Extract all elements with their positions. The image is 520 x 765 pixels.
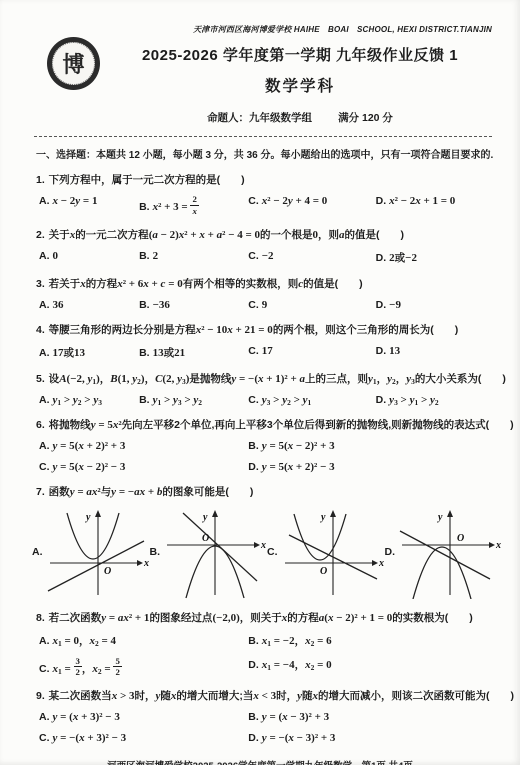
option-D: D.x1 = −4，x2 = 0 xyxy=(248,657,494,678)
question-7: 7. 函数y = ax²与y = −ax + b的图象可能是( )A.yxOB.… xyxy=(36,484,494,599)
option-label: D. xyxy=(248,461,259,473)
paper-total-score: 满分 120 分 xyxy=(338,112,393,124)
school-seal-inner: 博 xyxy=(52,42,95,85)
option-A: A.y = 5(x + 2)² + 3 xyxy=(39,440,248,452)
option-B: B.y1 > y3 > y2 xyxy=(139,394,248,406)
option-D: D.y3 > y1 > y2 xyxy=(376,394,494,406)
question-stem: 7. 函数y = ax²与y = −ax + b的图象可能是( ) xyxy=(36,484,494,499)
option-label: D. xyxy=(248,732,259,744)
option-C: C.17 xyxy=(248,345,375,360)
question-3: 3. 若关于x的方程x² + 6x + c = 0有两个相等的实数根，则c的值是… xyxy=(36,276,494,311)
x-axis-label: x xyxy=(495,540,501,551)
line-graph xyxy=(400,531,490,579)
option-label: D. xyxy=(376,345,387,357)
question-stem: 8. 若二次函数y = ax² + 1的图象经过点(−2,0)，则关于x的方程a… xyxy=(36,610,494,625)
option-B: B.y = 5(x − 2)² + 3 xyxy=(248,440,494,452)
option-C: C.x² − 2y + 4 = 0 xyxy=(248,195,375,216)
option-D: D.x² − 2x + 1 = 0 xyxy=(376,195,494,216)
options: A.y = (x + 3)² − 3B.y = (x − 3)² + 3C.y … xyxy=(39,711,494,744)
option-B: B.x1 = −2，x2 = 6 xyxy=(248,633,494,648)
question-stem: 4. 等腰三角形的两边长分别是方程x² − 10x + 21 = 0的两个根，则… xyxy=(36,322,494,337)
x-axis-arrow-icon xyxy=(254,542,260,548)
option-label: D. xyxy=(248,659,259,671)
function-graph: yxO xyxy=(279,505,385,599)
question-number: 4. xyxy=(36,324,45,336)
origin-label: O xyxy=(457,533,464,544)
option-label: A. xyxy=(39,394,50,406)
exam-paper-page: 天津市河西区海河博爱学校 HAIHE BOAI SCHOOL, HEXI DIS… xyxy=(0,0,520,765)
question-number: 3. xyxy=(36,278,45,290)
y-axis-label: y xyxy=(437,512,443,523)
question-number: 9. xyxy=(36,690,45,702)
y-axis-arrow-icon xyxy=(95,510,101,517)
paper-title: 2025-2026 学年度第一学期 九年级作业反馈 1 xyxy=(80,44,520,65)
paper-meta: 命题人：九年级数学组满分 120 分 xyxy=(80,110,520,125)
option-C: C.x1 = 32，x2 = 52 xyxy=(39,657,248,678)
question-2: 2. 关于x的一元二次方程(a − 2)x² + x + a² − 4 = 0的… xyxy=(36,227,494,265)
x-axis-arrow-icon xyxy=(489,542,495,548)
y-axis-label: y xyxy=(320,512,326,523)
option-label: D. xyxy=(376,195,387,207)
option-label: C. xyxy=(39,461,50,473)
options: A.y = 5(x + 2)² + 3B.y = 5(x − 2)² + 3C.… xyxy=(39,440,494,473)
school-seal-character: 博 xyxy=(62,48,84,79)
option-label: A. xyxy=(39,635,50,647)
option-label: C. xyxy=(248,299,259,311)
graph-option-label: B. xyxy=(150,546,161,558)
option-A: A.x1 = 0，x2 = 4 xyxy=(39,633,248,648)
option-label: B. xyxy=(248,440,259,452)
section-heading: 一、选择题：本题共 12 小题，每小题 3 分，共 36 分。每小题给出的选项中… xyxy=(36,146,492,161)
option-label: C. xyxy=(248,394,259,406)
option-A: A.0 xyxy=(39,250,139,265)
line-graph xyxy=(48,541,144,591)
graph-option-D: D.yxO xyxy=(385,505,503,599)
question-number: 2. xyxy=(36,229,45,241)
x-axis-arrow-icon xyxy=(137,560,143,566)
graph-option-label: A. xyxy=(32,546,43,558)
option-label: A. xyxy=(39,711,50,723)
paper-subject: 数学学科 xyxy=(80,74,520,96)
x-axis-arrow-icon xyxy=(372,560,378,566)
question-stem: 3. 若关于x的方程x² + 6x + c = 0有两个相等的实数根，则c的值是… xyxy=(36,276,494,291)
function-graph: yxO xyxy=(44,505,150,599)
question-stem: 1. 下列方程中，属于一元二次方程的是( ) xyxy=(36,172,494,187)
function-graph: yxO xyxy=(396,505,502,599)
question-4: 4. 等腰三角形的两边长分别是方程x² − 10x + 21 = 0的两个根，则… xyxy=(36,322,494,360)
parabola-curve xyxy=(67,513,119,559)
parabola-curve xyxy=(294,514,346,560)
option-A: A.y1 > y2 > y3 xyxy=(39,394,139,406)
question-1: 1. 下列方程中，属于一元二次方程的是( )A.x − 2y = 1B.x² +… xyxy=(36,172,494,216)
question-stem: 2. 关于x的一元二次方程(a − 2)x² + x + a² − 4 = 0的… xyxy=(36,227,494,242)
option-D: D.−9 xyxy=(376,299,494,311)
options: A.0B.2C.−2D.2或−2 xyxy=(39,250,494,265)
option-label: A. xyxy=(39,347,50,359)
y-axis-arrow-icon xyxy=(447,510,453,517)
y-axis-arrow-icon xyxy=(330,510,336,517)
school-seal-icon: 博 xyxy=(47,37,100,90)
options: A.36B.−36C.9D.−9 xyxy=(39,299,494,311)
option-B: B.x² + 3 = 2x xyxy=(139,195,248,216)
answer-graphs: A.yxOB.yxOC.yxOD.yxO xyxy=(32,505,494,599)
option-label: C. xyxy=(39,732,50,744)
option-label: B. xyxy=(139,250,150,262)
question-9: 9. 某二次函数当x > 3时，y随x的增大而增大;当x < 3时，y随x的增大… xyxy=(36,688,494,744)
origin-label: O xyxy=(202,533,209,544)
question-6: 6. 将抛物线y = 5x²先向左平移2个单位,再向上平移3个单位后得到新的抛物… xyxy=(36,417,494,473)
question-number: 1. xyxy=(36,174,45,186)
options: A.y1 > y2 > y3B.y1 > y3 > y2C.y3 > y2 > … xyxy=(39,394,494,406)
graph-option-label: D. xyxy=(385,546,396,558)
option-C: C.−2 xyxy=(248,250,375,265)
option-D: D.y = −(x − 3)² + 3 xyxy=(248,732,494,744)
option-C: C.y = 5(x − 2)² − 3 xyxy=(39,461,248,473)
option-label: B. xyxy=(248,635,259,647)
options: A.x1 = 0，x2 = 4B.x1 = −2，x2 = 6C.x1 = 32… xyxy=(39,633,494,678)
question-stem: 6. 将抛物线y = 5x²先向左平移2个单位,再向上平移3个单位后得到新的抛物… xyxy=(36,417,494,432)
option-label: C. xyxy=(248,345,259,357)
option-B: B.y = (x − 3)² + 3 xyxy=(248,711,494,723)
option-C: C.y = −(x + 3)² − 3 xyxy=(39,732,248,744)
option-B: B.2 xyxy=(139,250,248,265)
option-label: B. xyxy=(139,299,150,311)
origin-label: O xyxy=(104,566,111,577)
option-A: A.17或13 xyxy=(39,345,139,360)
x-axis-label: x xyxy=(143,558,149,569)
question-stem: 5. 设A(−2, y1)，B(1, y2)，C(2, y3)是抛物线y = −… xyxy=(36,371,494,386)
option-label: B. xyxy=(139,347,150,359)
question-5: 5. 设A(−2, y1)，B(1, y2)，C(2, y3)是抛物线y = −… xyxy=(36,371,494,406)
option-B: B.13或21 xyxy=(139,345,248,360)
paper-setter: 命题人：九年级数学组 xyxy=(207,112,312,124)
graph-option-C: C.yxO xyxy=(267,505,385,599)
page-footer: 河西区海河博爱学校2025-2026学年度第一学期九年级数学 第1页 共4页 xyxy=(107,758,413,765)
y-axis-label: y xyxy=(202,512,208,523)
option-label: B. xyxy=(139,201,150,213)
question-8: 8. 若二次函数y = ax² + 1的图象经过点(−2,0)，则关于x的方程a… xyxy=(36,610,494,678)
option-label: C. xyxy=(39,663,50,675)
option-label: C. xyxy=(248,250,259,262)
question-number: 7. xyxy=(36,486,45,498)
option-A: A.36 xyxy=(39,299,139,311)
option-label: B. xyxy=(139,394,150,406)
option-B: B.−36 xyxy=(139,299,248,311)
option-A: A.y = (x + 3)² − 3 xyxy=(39,711,248,723)
question-list: 1. 下列方程中，属于一元二次方程的是( )A.x − 2y = 1B.x² +… xyxy=(0,172,520,744)
option-label: A. xyxy=(39,250,50,262)
origin-label: O xyxy=(320,566,327,577)
option-label: D. xyxy=(376,394,387,406)
options: A.17或13B.13或21C.17D.13 xyxy=(39,345,494,360)
option-D: D.2或−2 xyxy=(376,250,494,265)
dashed-divider xyxy=(34,136,492,137)
option-label: C. xyxy=(248,195,259,207)
option-A: A.x − 2y = 1 xyxy=(39,195,139,216)
option-label: D. xyxy=(376,299,387,311)
options: A.x − 2y = 1B.x² + 3 = 2xC.x² − 2y + 4 =… xyxy=(39,195,494,216)
graph-option-B: B.yxO xyxy=(150,505,268,599)
graph-option-label: C. xyxy=(267,546,278,558)
option-label: A. xyxy=(39,195,50,207)
school-name-line: 天津市河西区海河博爱学校 HAIHE BOAI SCHOOL, HEXI DIS… xyxy=(193,24,492,35)
option-C: C.y3 > y2 > y1 xyxy=(248,394,375,406)
y-axis-label: y xyxy=(85,512,91,523)
question-stem: 9. 某二次函数当x > 3时，y随x的增大而增大;当x < 3时，y随x的增大… xyxy=(36,688,494,703)
function-graph: yxO xyxy=(161,505,267,599)
option-label: D. xyxy=(376,252,387,264)
graph-option-A: A.yxO xyxy=(32,505,150,599)
option-D: D.13 xyxy=(376,345,494,360)
option-label: B. xyxy=(248,711,259,723)
option-label: A. xyxy=(39,299,50,311)
question-number: 5. xyxy=(36,373,45,385)
line-graph xyxy=(183,513,257,581)
option-D: D.y = 5(x + 2)² − 3 xyxy=(248,461,494,473)
x-axis-label: x xyxy=(378,558,384,569)
question-number: 8. xyxy=(36,612,45,624)
parabola-curve xyxy=(413,547,471,599)
y-axis-arrow-icon xyxy=(212,510,218,517)
x-axis-label: x xyxy=(260,540,266,551)
question-number: 6. xyxy=(36,419,45,431)
option-C: C.9 xyxy=(248,299,375,311)
option-label: A. xyxy=(39,440,50,452)
